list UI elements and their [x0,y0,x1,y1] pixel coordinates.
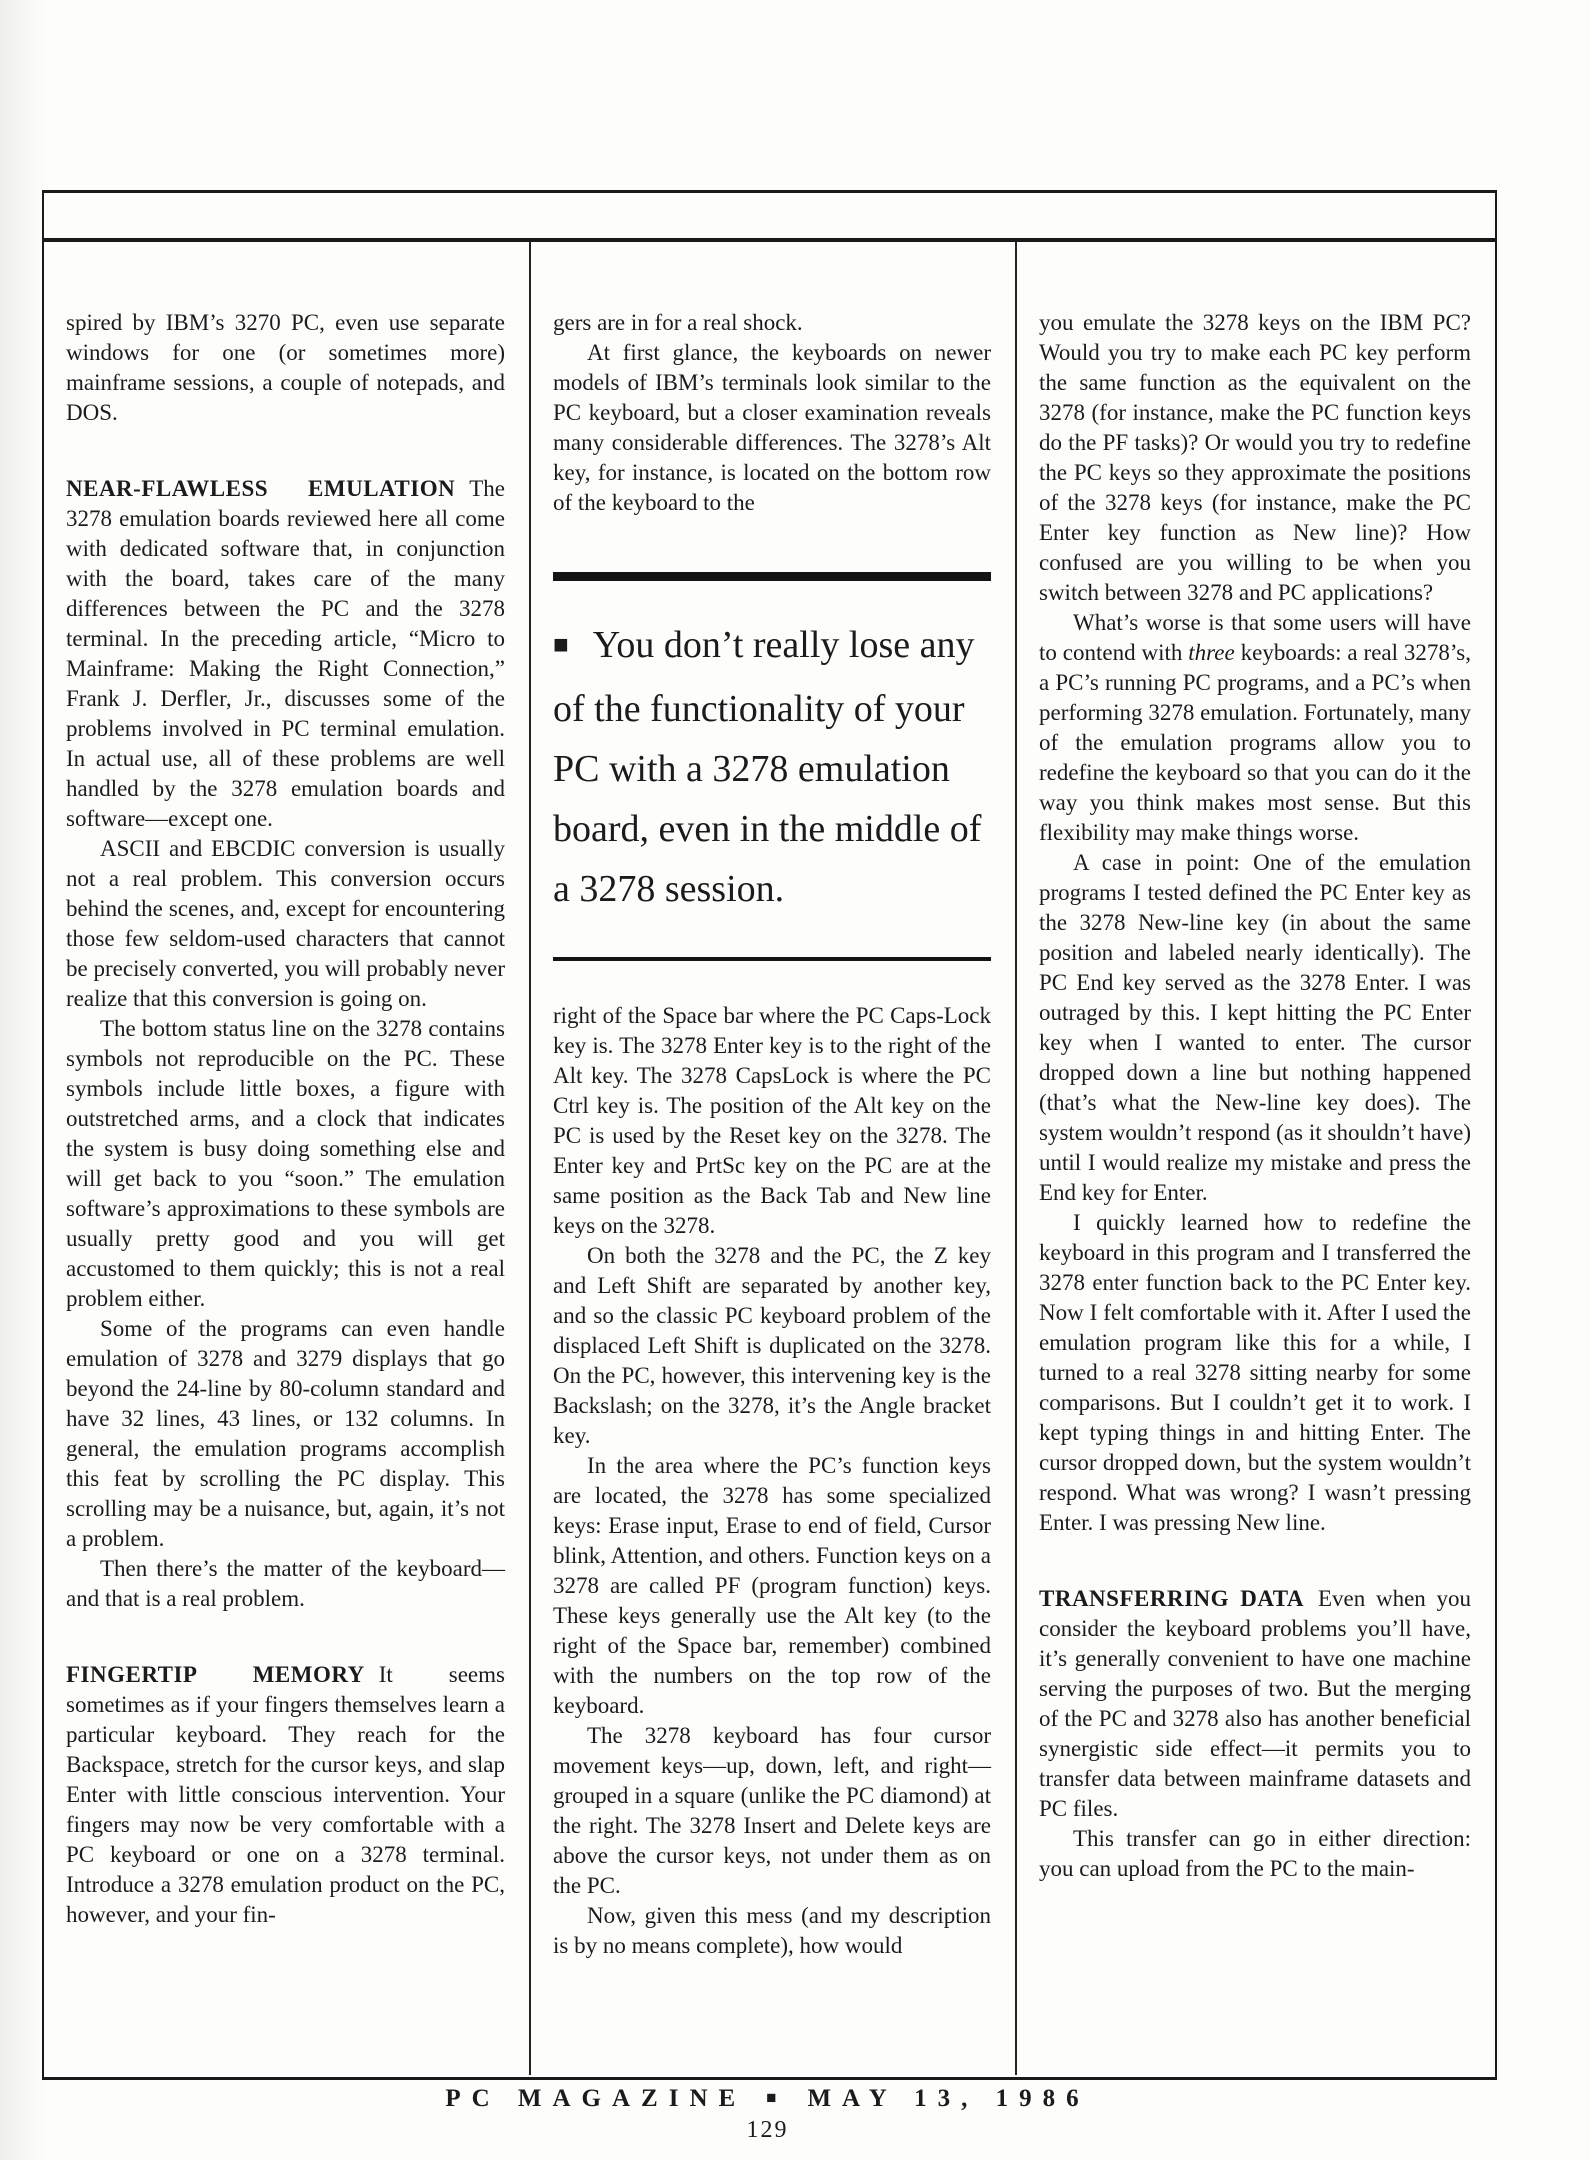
paragraph: spired by IBM’s 3270 PC, even use separa… [66,308,505,428]
column-3: you emulate the 3278 keys on the IBM PC?… [1015,242,1495,2075]
header-rule-box [42,190,1497,242]
pull-quote: ■You don’t really lose any of the functi… [553,572,991,961]
square-bullet-icon: ■ [766,2088,787,2107]
paragraph-text: It seems sometimes as if your fingers th… [66,1662,505,1927]
paragraph: On both the 3278 and the PC, the Z key a… [553,1241,991,1451]
paragraph: The 3278 keyboard has four cursor moveme… [553,1721,991,1901]
paragraph: At first glance, the keyboards on newer … [553,338,991,518]
footer-magazine-name: PC MAGAZINE [445,2085,746,2112]
section-near-flawless-emulation: NEAR-FLAWLESS EMULATIONThe 3278 emulatio… [66,474,505,834]
paragraph-text: Even when you consider the keyboard prob… [1039,1586,1471,1821]
paragraph: right of the Space bar where the PC Caps… [553,1001,991,1241]
pull-quote-top-rule [553,572,991,581]
section-heading: NEAR-FLAWLESS EMULATION [66,476,455,501]
square-bullet-icon: ■ [553,630,569,659]
paragraph: I quickly learned how to redefine the ke… [1039,1208,1471,1538]
footer: PC MAGAZINE■MAY 13, 1986 129 [42,2085,1493,2144]
paragraph: gers are in for a real shock. [553,308,991,338]
article-columns: spired by IBM’s 3270 PC, even use separa… [44,242,1495,2075]
paragraph: This transfer can go in either direction… [1039,1824,1471,1884]
page-number: 129 [42,2117,1493,2144]
pull-quote-body: You don’t really lose any of the functio… [553,624,981,910]
paragraph: A case in point: One of the emulation pr… [1039,848,1471,1208]
paragraph-text: keyboards: a real 3278’s, a PC’s running… [1039,640,1471,845]
section-fingertip-memory: FINGERTIP MEMORYIt seems sometimes as if… [66,1660,505,1930]
paragraph: What’s worse is that some users will hav… [1039,608,1471,848]
pull-quote-bottom-rule [553,957,991,961]
magazine-page: spired by IBM’s 3270 PC, even use separa… [0,0,1590,2160]
section-heading: TRANSFERRING DATA [1039,1586,1304,1611]
section-heading: FINGERTIP MEMORY [66,1662,365,1687]
paragraph-text: The 3278 emulation boards reviewed here … [66,476,505,831]
paragraph: The bottom status line on the 3278 conta… [66,1014,505,1314]
paragraph: Some of the programs can even handle emu… [66,1314,505,1554]
emphasized-word: three [1188,640,1234,665]
paragraph: Now, given this mess (and my description… [553,1901,991,1961]
column-2: gers are in for a real shock. At first g… [529,242,1015,2075]
footer-date: MAY 13, 1986 [807,2085,1089,2112]
paragraph: In the area where the PC’s function keys… [553,1451,991,1721]
footer-line: PC MAGAZINE■MAY 13, 1986 [42,2085,1493,2113]
paragraph: you emulate the 3278 keys on the IBM PC?… [1039,308,1471,608]
section-transferring-data: TRANSFERRING DATAEven when you consider … [1039,1584,1471,1824]
paragraph: Then there’s the matter of the keyboard—… [66,1554,505,1614]
paragraph: ASCII and EBCDIC conversion is usually n… [66,834,505,1014]
pull-quote-text: ■You don’t really lose any of the functi… [553,615,991,919]
column-1: spired by IBM’s 3270 PC, even use separa… [44,242,529,2075]
